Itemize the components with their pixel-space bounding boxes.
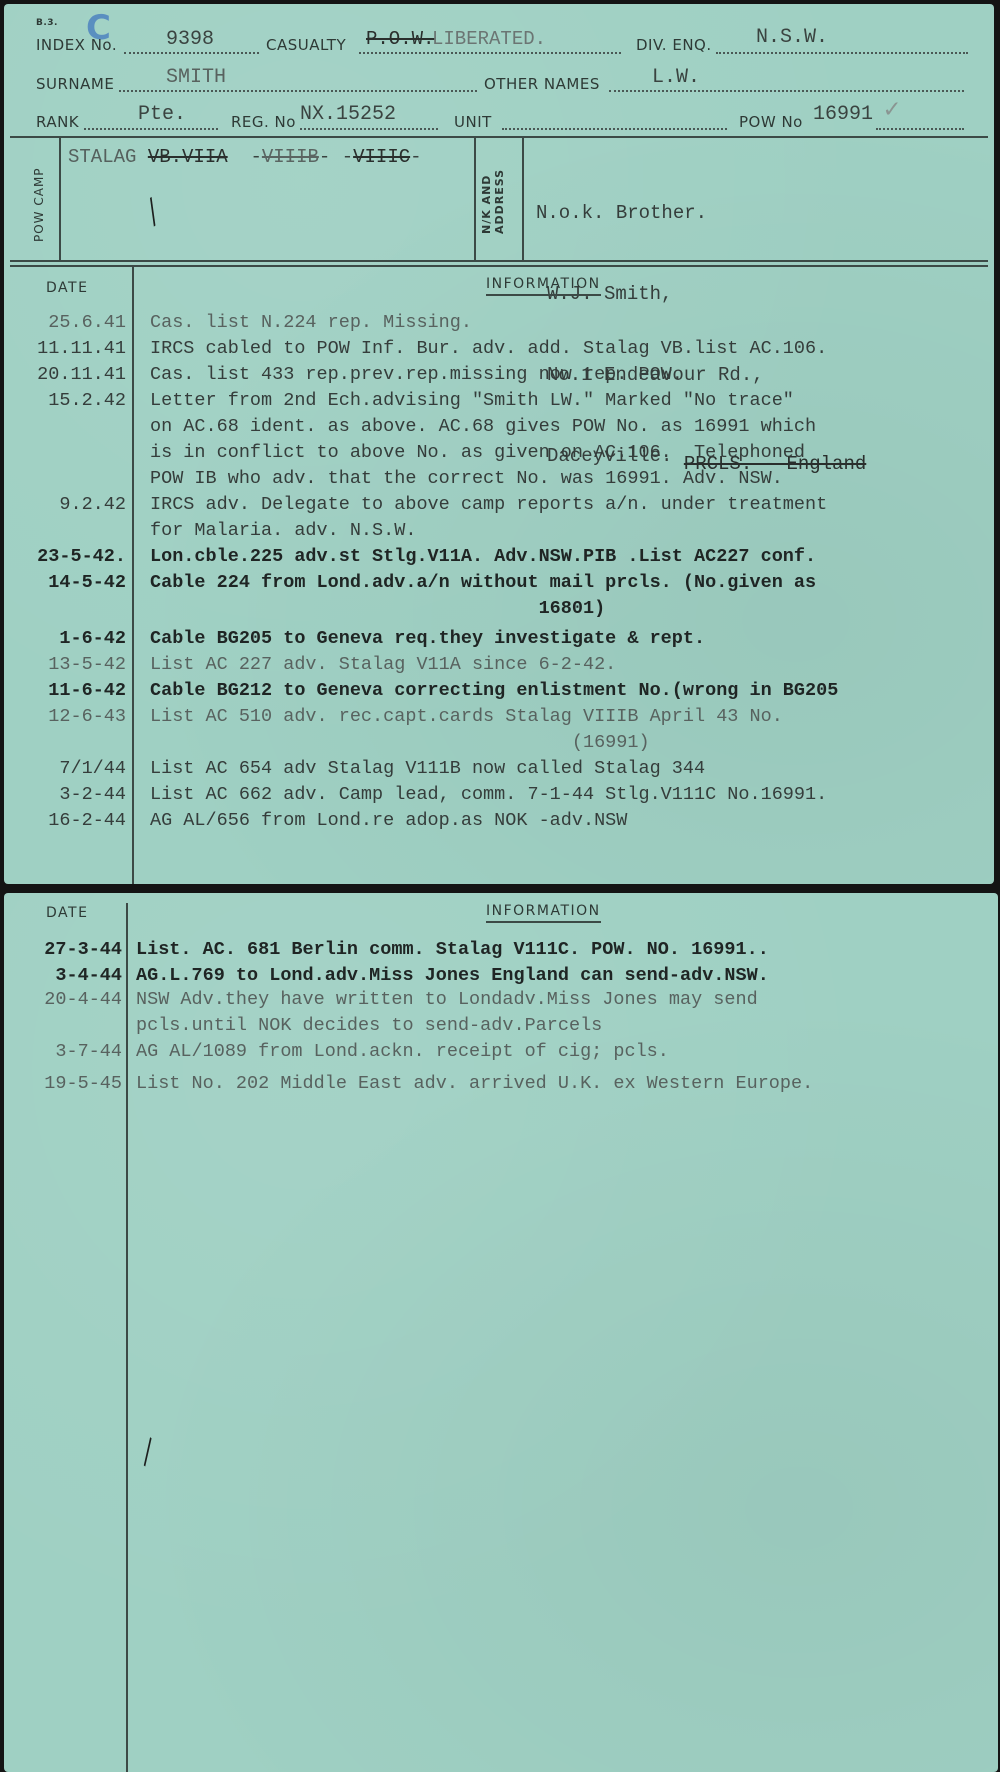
entry-date: 16-2-44 [6,808,126,834]
entry-text: AG AL/656 from Lond.re adop.as NOK -adv.… [150,808,627,834]
entry-date: 3-4-44 [2,963,122,989]
record-card-back: DATE INFORMATION ╲ 27-3-44List. AC. 681 … [4,893,998,1772]
dotted-leader [119,90,477,92]
reg-no-label: REG. No [231,113,296,131]
entry-text: AG.L.769 to Lond.adv.Miss Jones England … [136,963,769,989]
dotted-leader [876,128,964,130]
dotted-leader [84,128,218,130]
divider [10,136,988,138]
divider [522,138,524,262]
casualty-struck-value: P.O.W. [366,28,434,50]
entry-date: 13-5-42 [6,652,126,678]
information-column-header: INFORMATION [486,903,601,923]
nok-label-line1: N/K AND [480,169,493,234]
entry-text: Cable 224 from Lond.adv.a/n without mail… [150,570,816,622]
entry-text: List AC 227 adv. Stalag V11A since 6-2-4… [150,652,616,678]
nok-label: N/K AND ADDRESS [480,169,506,234]
entry-text: IRCS cabled to POW Inf. Bur. adv. add. S… [150,336,827,362]
entry-text: List AC 510 adv. rec.capt.cards Stalag V… [150,704,783,756]
ink-mark-icon: ╲ [133,1439,160,1467]
date-column-header: DATE [46,280,88,296]
entry-text: List AC 654 adv Stalag V111B now called … [150,756,705,782]
form-code: B.3. [36,18,58,28]
dotted-leader [359,52,621,54]
nok-label-line2: ADDRESS [493,169,506,234]
other-names-label: OTHER NAMES [484,75,600,93]
entry-date: 7/1/44 [6,756,126,782]
dotted-leader [716,52,968,54]
surname-value: SMITH [166,66,226,89]
entry-date: 20-4-44 [2,987,122,1013]
div-enq-value: N.S.W. [756,26,828,49]
entry-text: Cable BG212 to Geneva correcting enlistm… [150,678,838,704]
index-no-value: 9398 [166,28,214,51]
entry-text: List. AC. 681 Berlin comm. Stalag V111C.… [136,937,769,963]
pow-camp-label: POW CAMP [32,167,46,242]
entry-date: 1-6-42 [6,626,126,652]
pow-camp-struck-1: VB.VIIA [148,146,228,168]
divider [10,260,988,262]
entry-date: 9.2.42 [6,492,126,518]
dotted-leader [502,128,727,130]
index-no-label: INDEX No. [36,36,117,54]
pow-camp-struck-3: VIIIC [353,146,410,168]
entry-date: 3-2-44 [6,782,126,808]
date-column-header: DATE [46,905,88,921]
entry-date: 19-5-45 [2,1071,122,1097]
entry-date: 20.11.41 [6,362,126,388]
entry-text: Cas. list N.224 rep. Missing. [150,310,472,336]
entry-text: IRCS adv. Delegate to above camp reports… [150,492,827,544]
pow-camp-value: STALAG VB.VIIA -VIIIB- -VIIIC- [68,146,422,168]
column-divider [126,903,128,1772]
entry-text: AG AL/1089 from Lond.ackn. receipt of ci… [136,1039,669,1065]
entry-date: 11-6-42 [6,678,126,704]
div-enq-label: DIV. ENQ. [636,36,712,54]
entry-text: List No. 202 Middle East adv. arrived U.… [136,1071,813,1097]
surname-label: SURNAME [36,75,114,93]
entry-date: 15.2.42 [6,388,126,414]
rank-label: RANK [36,113,79,131]
rank-value: Pte. [138,103,186,126]
casualty-label: CASUALTY [266,36,346,54]
dotted-leader [124,52,259,54]
dotted-leader [609,90,964,92]
check-mark-icon: ✓ [884,94,900,125]
ink-mark-icon: ╱ [141,199,167,228]
entry-text: List AC 662 adv. Camp lead, comm. 7-1-44… [150,782,827,808]
entry-text: Lon.cble.225 adv.st Stlg.V11A. Adv.NSW.P… [150,544,816,570]
entry-date: 14-5-42 [6,570,126,596]
pow-camp-struck-2: VIIIB [262,146,319,168]
pow-no-label: POW No [739,113,803,131]
entry-date: 12-6-43 [6,704,126,730]
other-names-value: L.W. [652,66,700,89]
record-card-front: C B.3. INDEX No. 9398 CASUALTY P.O.W. LI… [4,4,994,884]
entry-date: 3-7-44 [2,1039,122,1065]
nok-line: N.o.k. Brother. [536,200,866,227]
entry-text: Letter from 2nd Ech.advising "Smith LW."… [150,388,816,492]
divider [59,138,61,262]
dotted-leader [300,128,438,130]
entry-text: NSW Adv.they have written to Londadv.Mis… [136,987,758,1039]
divider [10,265,988,267]
entry-date: 23-5-42. [6,544,126,570]
entry-text: Cas. list 433 rep.prev.rep.missing now r… [150,362,683,388]
entry-date: 25.6.41 [6,310,126,336]
column-divider [132,267,134,884]
unit-label: UNIT [454,113,492,131]
information-column-header: INFORMATION [486,276,601,296]
reg-no-value: NX.15252 [300,103,396,126]
pow-camp-prefix: STALAG [68,146,136,168]
casualty-value: LIBERATED. [432,28,546,50]
entry-text: Cable BG205 to Geneva req.they investiga… [150,626,705,652]
entry-date: 27-3-44 [2,937,122,963]
entry-date: 11.11.41 [6,336,126,362]
pow-no-value: 16991 [813,103,873,126]
divider [474,138,476,262]
